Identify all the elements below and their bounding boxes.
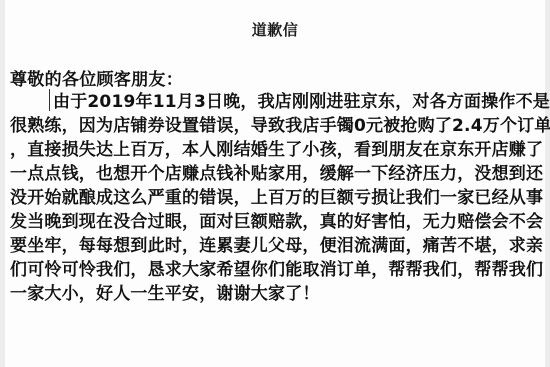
letter-line: 一点点钱，也想开个店赚点钱补贴家用，缓解一下经济压力，没想到还 — [10, 163, 545, 185]
letter-page: 道歉信 尊敬的各位顾客朋友： 由于2019年11月3日晚，我店刚刚进驻京东，对各… — [5, 0, 545, 367]
text-cursor — [49, 89, 50, 111]
letter-line: 要坐牢，每每想到此时，连累妻儿父母，便泪流满面，痛苦不堪，求亲 — [10, 235, 545, 257]
letter-title: 道歉信 — [5, 19, 545, 40]
letter-line: 由于2019年11月3日晚，我店刚刚进驻京东，对各方面操作不是 — [53, 91, 550, 113]
letter-line: 一家大小，好人一生平安，谢谢大家了！ — [10, 283, 545, 305]
letter-line: 很熟练，因为店铺券设置错误，导致我店手镯0元被抢购了2.4万个订单 — [10, 115, 545, 137]
letter-line: 发当晚到现在没合过眼，面对巨额赔款，真的好害怕，无力赔偿会不会 — [10, 211, 545, 233]
letter-greeting: 尊敬的各位顾客朋友： — [10, 65, 183, 90]
letter-line: ，直接损失达上百万，本人刚结婚生了小孩，看到朋友在京东开店赚了 — [10, 139, 545, 161]
letter-line: 没开始就酿成这么严重的错误，上百万的巨额亏损让我们一家已经从事 — [10, 187, 545, 209]
letter-line: 们可怜可怜我们，恳求大家希望你们能取消订单，帮帮我们，帮帮我们 — [10, 259, 545, 281]
